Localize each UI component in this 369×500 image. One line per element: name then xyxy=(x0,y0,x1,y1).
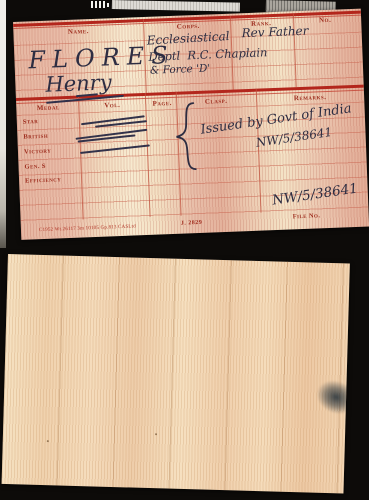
file-no-label: File No. xyxy=(293,212,321,220)
medal-row-british: British xyxy=(23,133,48,141)
scanner-edge-strip xyxy=(0,0,6,248)
medal-index-card: Name. Corps. Rank. No. Medal Vol. Page. … xyxy=(13,9,369,240)
handwritten-brace xyxy=(171,100,202,173)
handwritten-forename: Henry xyxy=(45,70,112,97)
scanner-tick-marks xyxy=(91,1,109,8)
handwritten-rank: Rev Father xyxy=(241,24,308,41)
remarks-column-label: Remarks. xyxy=(280,93,340,103)
blank-card-back xyxy=(2,254,350,493)
ink-smudge xyxy=(311,374,350,420)
card-edge-strip-light xyxy=(112,0,240,12)
handwritten-corps-line3: & Force 'D' xyxy=(150,62,211,76)
vol-column-label: Vol. xyxy=(82,100,142,110)
medal-row-efficiency: Efficiency xyxy=(25,176,61,184)
medal-row-victory: Victory xyxy=(24,148,51,156)
scanned-document: Name. Corps. Rank. No. Medal Vol. Page. … xyxy=(0,0,369,500)
medal-row-gen-s: Gen. S xyxy=(24,163,46,171)
medal-row-star: Star xyxy=(23,118,39,126)
speck xyxy=(155,433,157,435)
name-column-label: Name. xyxy=(48,26,108,36)
printer-imprint: C1952 Wt.26117 3m 10105 Gp.813 CASLtd xyxy=(39,224,136,233)
speck xyxy=(47,440,49,442)
printer-imprint-code: J. 2829 xyxy=(181,220,203,227)
medal-column-label: Medal xyxy=(18,103,78,113)
